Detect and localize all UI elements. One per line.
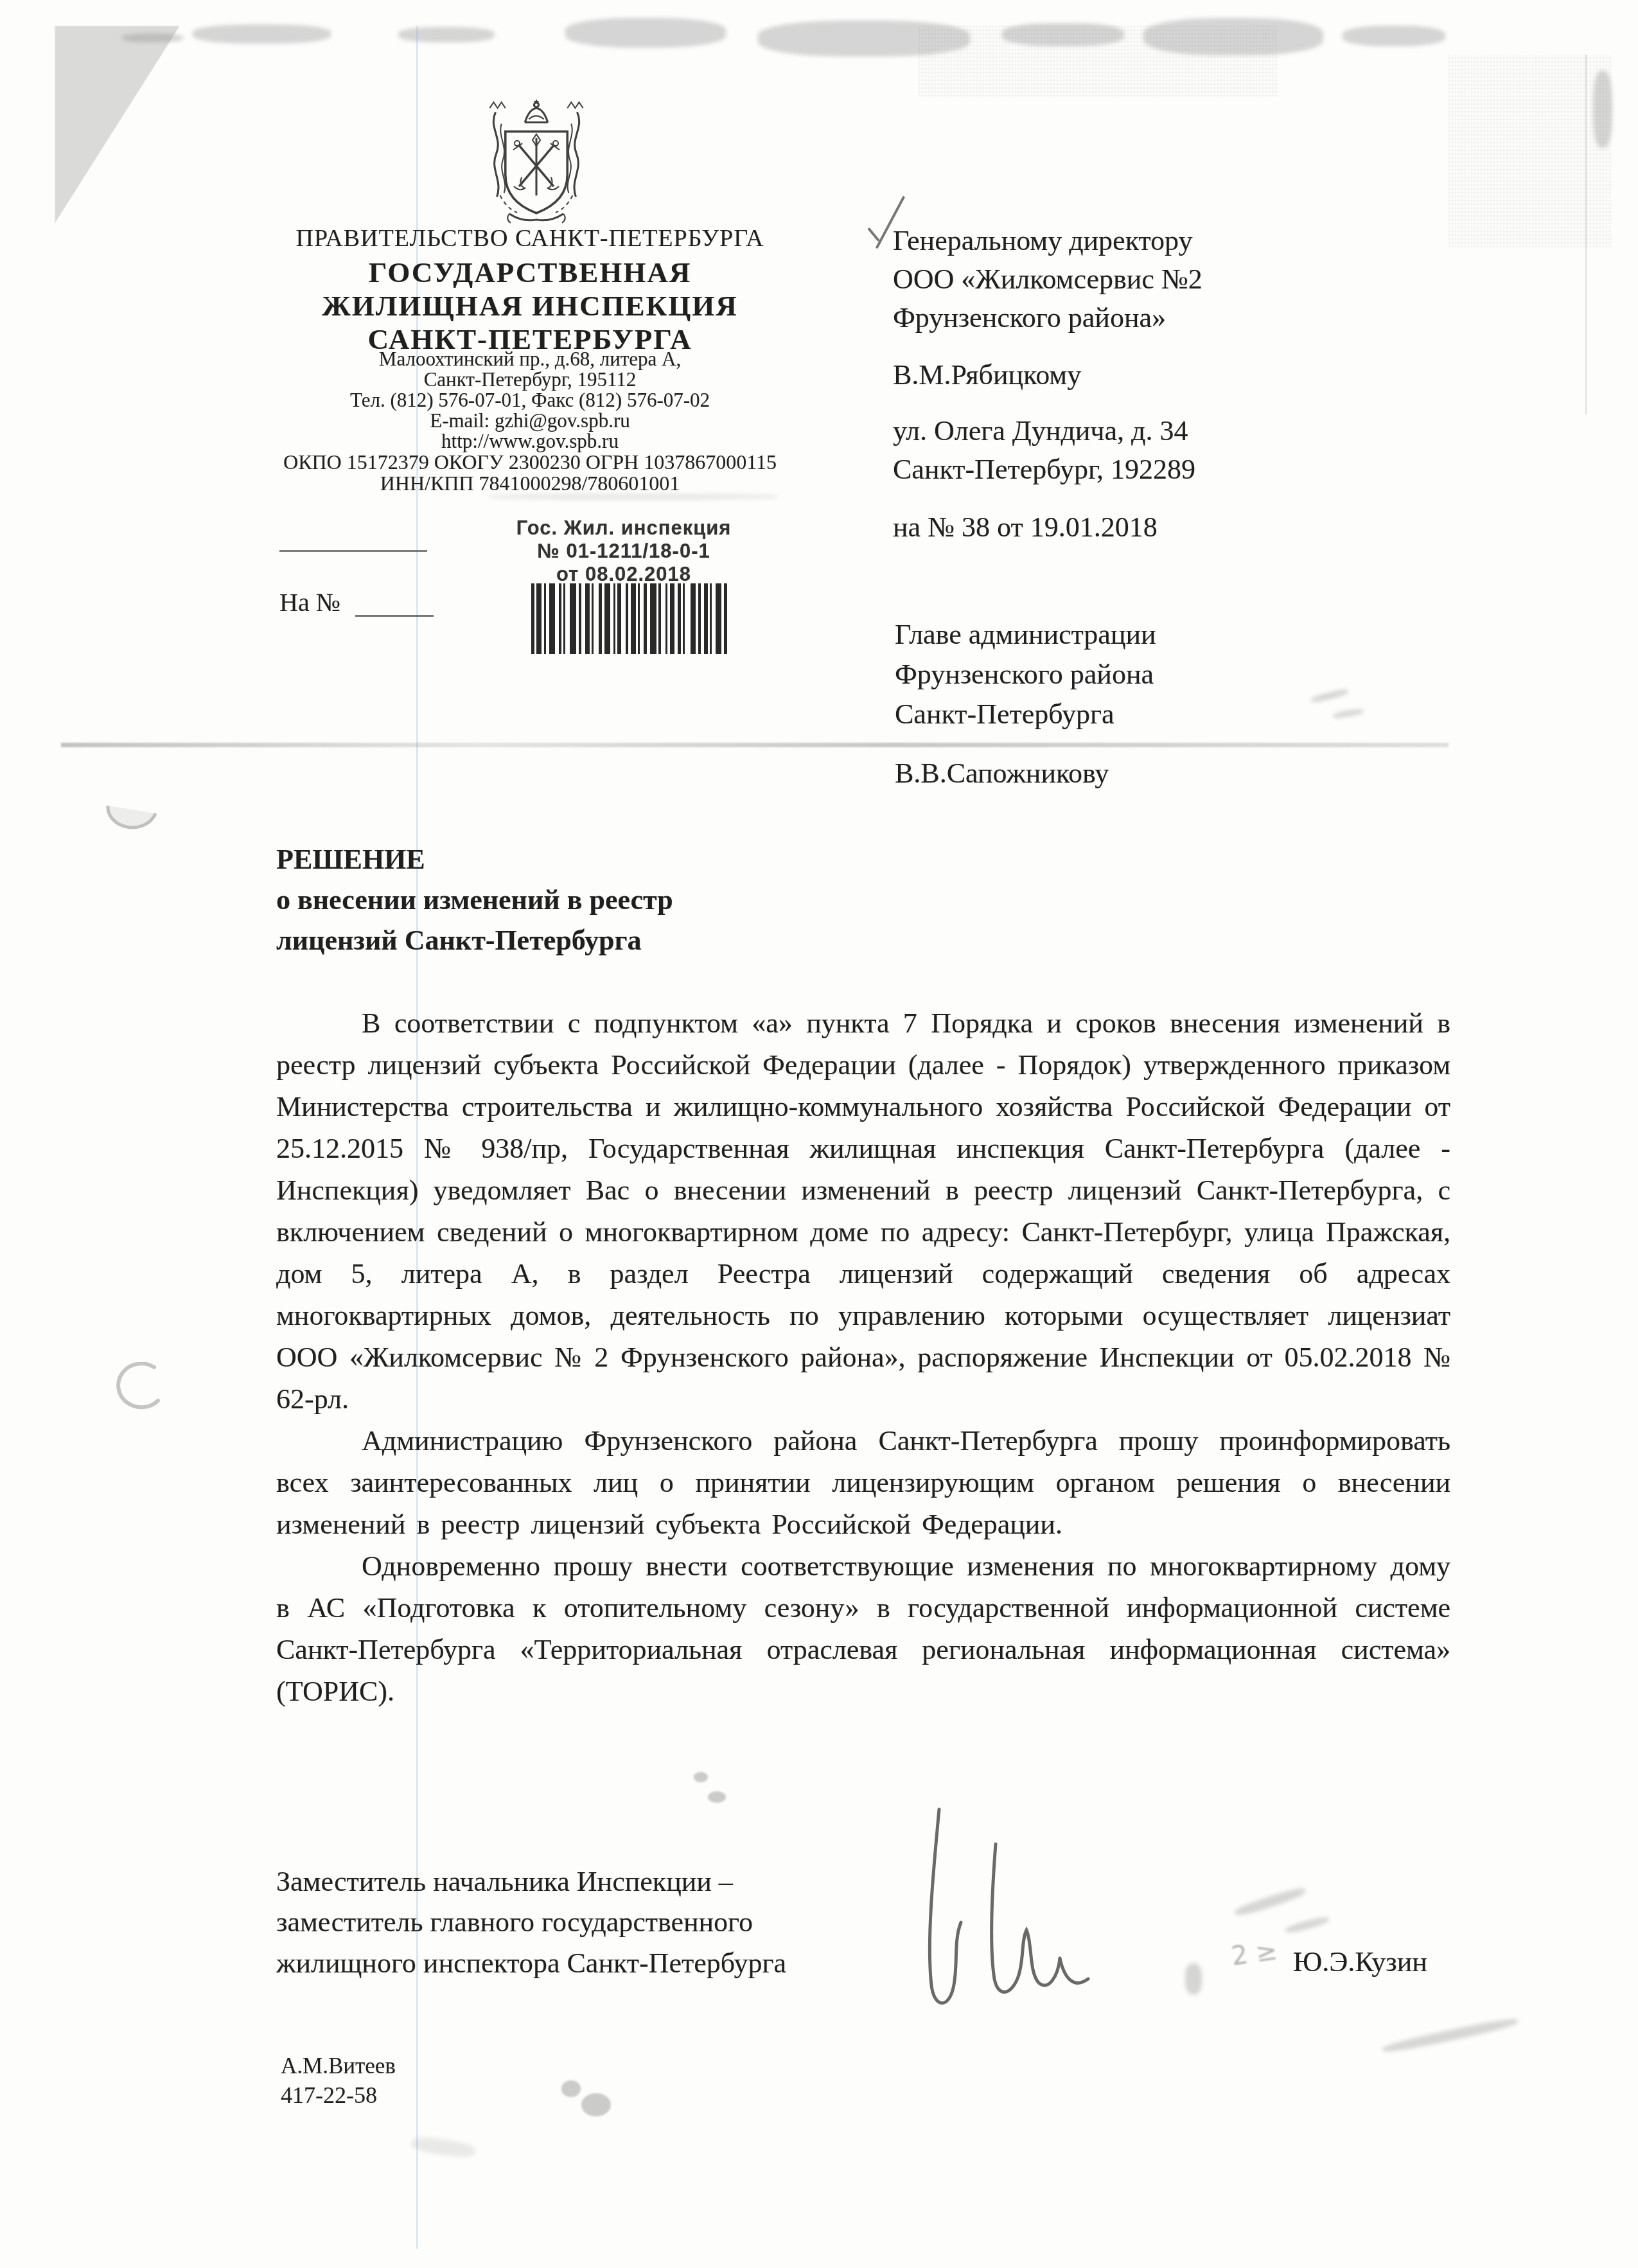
- body-paragraph-3: Одновременно прошу внести соответствующи…: [276, 1545, 1450, 1712]
- scan-smudge: [565, 18, 726, 48]
- barcode: [531, 583, 728, 654]
- letterhead-email-line: E-mail: gzhi@gov.spb.ru: [270, 409, 790, 432]
- letterhead-phone-line: Тел. (812) 576-07-01, Факс (812) 576-07-…: [270, 389, 790, 412]
- letterhead-government: ПРАВИТЕЛЬСТВО САНКТ-ПЕТЕРБУРГА: [270, 224, 790, 252]
- executor-name: А.М.Витеев: [281, 2053, 396, 2079]
- letterhead-codes-line2: ИНН/КПП 7841000298/780601001: [270, 472, 790, 495]
- recipient-admin-line2: Фрунзенского района: [895, 658, 1154, 691]
- recipient-admin-line1: Главе администрации: [895, 618, 1156, 651]
- stamp-date-line: от 08.02.2018: [511, 563, 737, 586]
- scan-smudge: [122, 33, 183, 42]
- decision-title-line1: РЕШЕНИЕ: [276, 843, 425, 876]
- scan-speck: [708, 1791, 726, 1803]
- signer-position-line1: Заместитель начальника Инспекции –: [276, 1865, 733, 1898]
- scan-speck: [561, 2080, 581, 2097]
- scan-smudge: [398, 27, 495, 42]
- handwritten-signature: [899, 1804, 1118, 2023]
- checkmark-artifact: [867, 227, 880, 242]
- stamp-org-line: Гос. Жил. инспекция: [511, 517, 737, 540]
- scan-streak-artifact: [61, 743, 1449, 747]
- signer-name: Ю.Э.Кузин: [1293, 1945, 1427, 1978]
- signer-position-line2: заместитель главного государственного: [276, 1906, 753, 1938]
- recipient-director-line3: Фрунзенского района»: [893, 301, 1166, 334]
- page-edge-artifact: [1585, 55, 1587, 414]
- blank-reference-line: [355, 615, 434, 617]
- scan-smudge: [1310, 688, 1350, 704]
- scan-speck: [581, 2093, 611, 2116]
- scan-smudge: [1333, 708, 1364, 719]
- recipient-director-line1: Генеральному директору: [893, 224, 1193, 257]
- recipient-director-line2: ООО «Жилкомсервис №2: [893, 263, 1202, 296]
- executor-phone: 417-22-58: [281, 2082, 377, 2109]
- body-paragraph-2: Администрацию Фрунзенского района Санкт-…: [276, 1420, 1450, 1545]
- scan-smudge: [1285, 1915, 1330, 1935]
- blank-reference-line: [279, 550, 427, 552]
- letterhead-org-line1: ГОСУДАРСТВЕННАЯ: [270, 256, 790, 289]
- faint-pencil-mark: 2 ≥: [1229, 1936, 1279, 1972]
- recipient-admin-line3: Санкт-Петербурга: [895, 698, 1114, 731]
- recipient-director-address2: Санкт-Петербург, 192289: [893, 453, 1195, 486]
- decision-title-line3: лицензий Санкт-Петербурга: [276, 924, 642, 957]
- scan-smudge: [1343, 26, 1445, 46]
- letterhead-address-line2: Санкт-Петербург, 195112: [270, 368, 790, 391]
- letterhead-org-line2: ЖИЛИЩНАЯ ИНСПЕКЦИЯ: [270, 289, 790, 323]
- coat-of-arms-saint-petersburg-icon: [479, 98, 594, 225]
- folded-corner-artifact: [55, 26, 180, 224]
- scan-smudge: [1593, 71, 1612, 148]
- recipient-director-name: В.М.Рябицкому: [893, 359, 1081, 391]
- recipient-director-ref: на № 38 от 19.01.2018: [893, 511, 1158, 544]
- letterhead-address-line1: Малоохтинский пр., д.68, литера А,: [270, 348, 790, 371]
- scan-noise-patch: [1449, 55, 1612, 247]
- scanned-letter-page: 2 ≥: [0, 0, 1638, 2268]
- letterhead-codes-line1: ОКПО 15172379 ОКОГУ 2300230 ОГРН 1037867…: [270, 450, 790, 474]
- scan-smudge: [1382, 2016, 1519, 2055]
- stamp-number-line: № 01-1211/18-0-1: [511, 540, 737, 563]
- scan-speck: [694, 1772, 708, 1782]
- letter-body: В соответствии с подпунктом «а» пункта 7…: [276, 1002, 1450, 1712]
- signer-position-line3: жилищного инспектора Санкт-Петербурга: [276, 1947, 786, 1980]
- decision-title-line2: о внесении изменений в реестр: [276, 883, 673, 916]
- recipient-director-address1: ул. Олега Дундича, д. 34: [893, 414, 1188, 447]
- pen-curve-artifact: [109, 1362, 170, 1417]
- scan-noise-patch: [919, 26, 1278, 96]
- body-paragraph-1: В соответствии с подпунктом «а» пункта 7…: [276, 1002, 1450, 1420]
- scan-smudge: [1185, 1963, 1202, 1994]
- na-no-label: На №: [279, 587, 340, 617]
- registration-stamp: Гос. Жил. инспекция № 01-1211/18-0-1 от …: [511, 517, 737, 586]
- pen-curve-artifact: [103, 794, 164, 846]
- recipient-admin-name: В.В.Сапожникову: [895, 757, 1109, 790]
- letterhead-site-line: http://www.gov.spb.ru: [270, 430, 790, 453]
- scan-smudge: [410, 2135, 476, 2159]
- scan-smudge: [193, 24, 331, 44]
- scan-smudge: [1233, 1886, 1307, 1918]
